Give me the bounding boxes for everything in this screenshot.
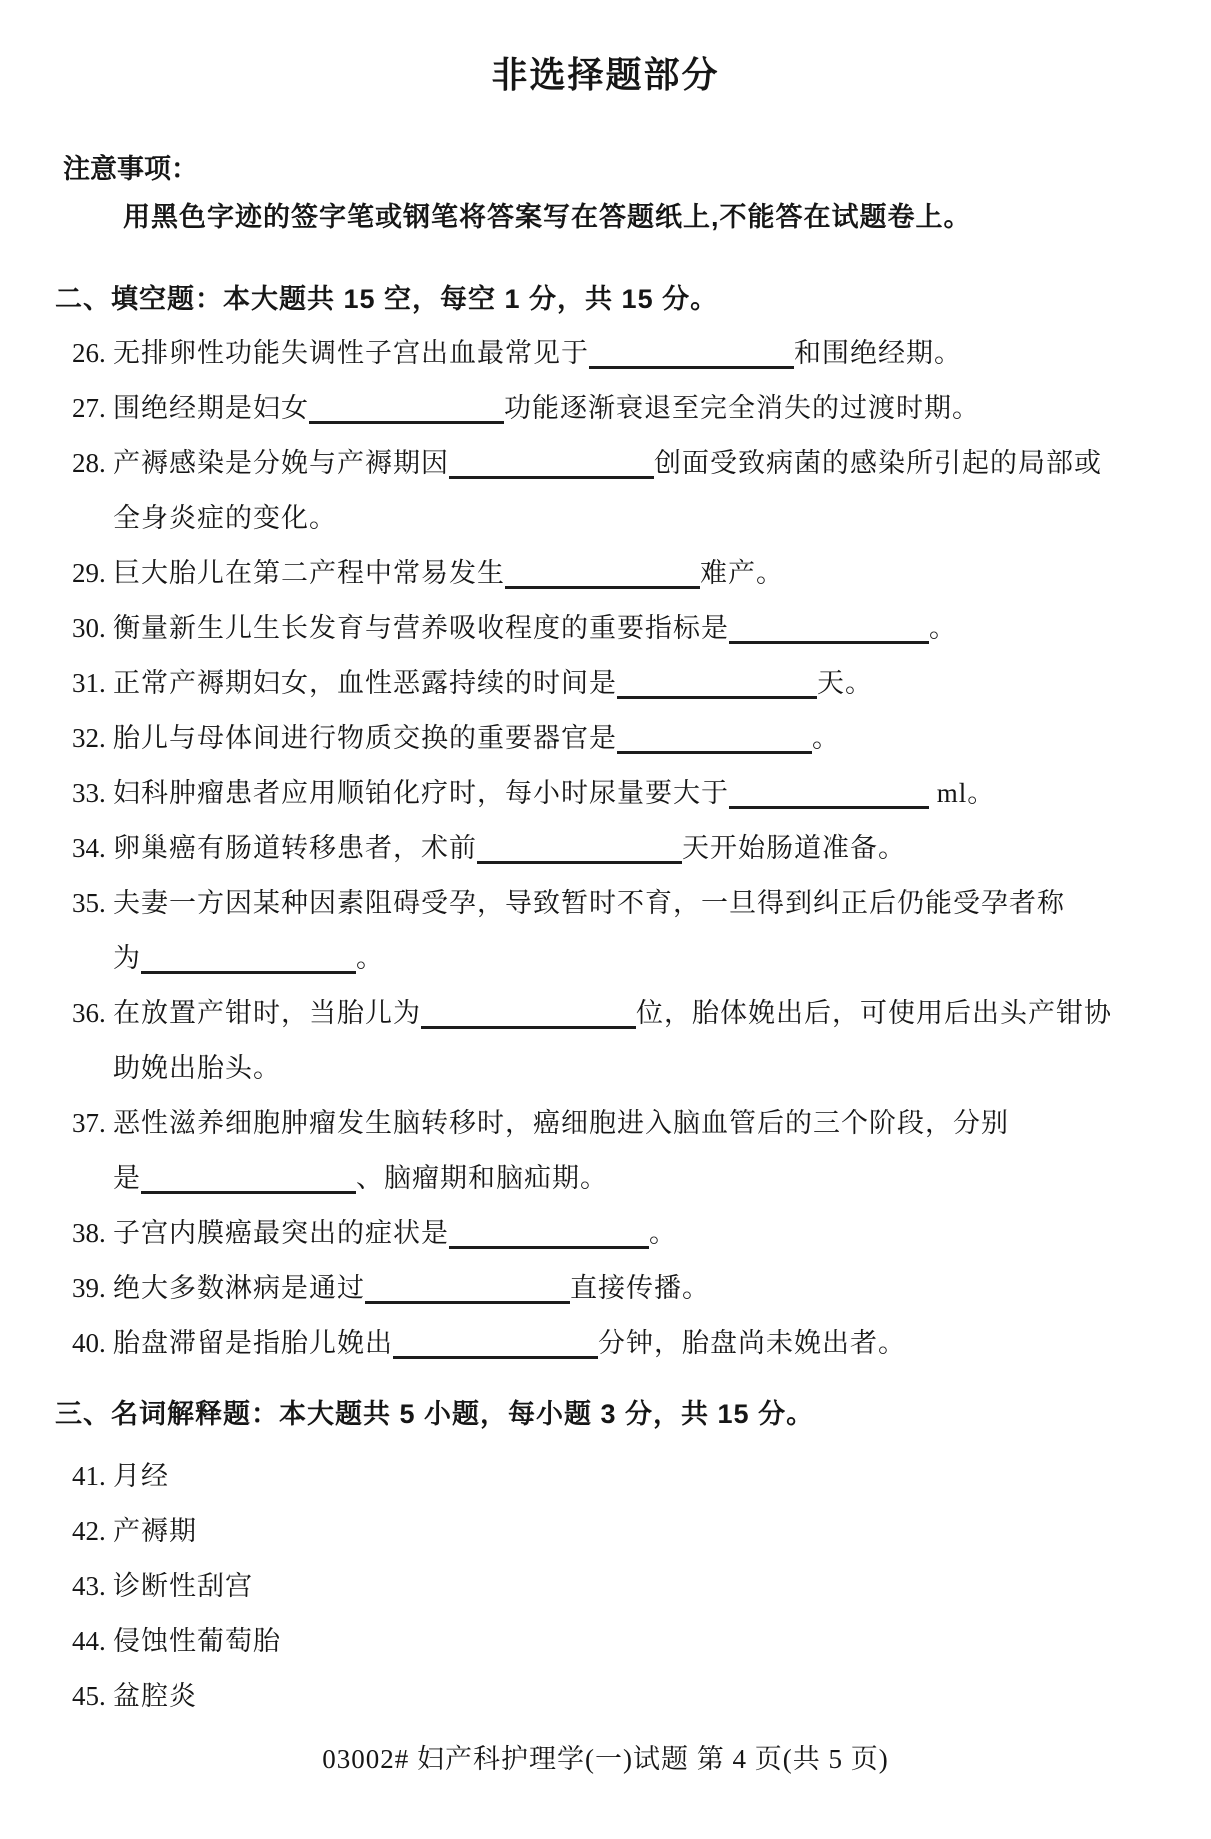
question-line: 绝大多数淋病是通过直接传播。 bbox=[113, 1261, 1211, 1316]
question-number: 28. bbox=[72, 436, 113, 546]
question-row: 28.产褥感染是分娩与产褥期因创面受致病菌的感染所引起的局部或全身炎症的变化。 bbox=[0, 436, 1211, 546]
question-text: 天。 bbox=[817, 668, 873, 698]
question-number: 41. bbox=[72, 1449, 113, 1504]
answer-blank bbox=[141, 931, 356, 974]
question-body: 子宫内膜癌最突出的症状是。 bbox=[113, 1206, 1211, 1261]
question-row: 30.衡量新生儿生长发育与营养吸收程度的重要指标是。 bbox=[0, 601, 1211, 656]
question-row: 29.巨大胎儿在第二产程中常易发生难产。 bbox=[0, 546, 1211, 601]
question-body: 胎儿与母体间进行物质交换的重要器官是。 bbox=[113, 711, 1211, 766]
question-text: 恶性滋养细胞肿瘤发生脑转移时，癌细胞进入脑血管后的三个阶段，分别 bbox=[113, 1108, 1009, 1138]
section-term-definitions: 三、名词解释题：本大题共 5 小题，每小题 3 分，共 15 分。41.月经42… bbox=[0, 1387, 1211, 1724]
question-line: 是、脑瘤期和脑疝期。 bbox=[113, 1151, 1211, 1206]
question-line: 衡量新生儿生长发育与营养吸收程度的重要指标是。 bbox=[113, 601, 1211, 656]
answer-blank bbox=[505, 546, 700, 589]
question-row: 34.卵巢癌有肠道转移患者，术前天开始肠道准备。 bbox=[0, 821, 1211, 876]
question-number: 42. bbox=[72, 1504, 113, 1559]
question-text: 盆腔炎 bbox=[113, 1681, 197, 1711]
question-row: 44.侵蚀性葡萄胎 bbox=[0, 1614, 1211, 1669]
notice-block: 注意事项： 用黑色字迹的签字笔或钢笔将答案写在答题纸上,不能答在试题卷上。 bbox=[0, 148, 1211, 244]
answer-blank bbox=[589, 326, 794, 369]
answer-blank bbox=[393, 1316, 598, 1359]
question-number: 26. bbox=[72, 326, 113, 381]
question-number: 38. bbox=[72, 1206, 113, 1261]
question-body: 衡量新生儿生长发育与营养吸收程度的重要指标是。 bbox=[113, 601, 1211, 656]
question-number: 39. bbox=[72, 1261, 113, 1316]
question-body: 侵蚀性葡萄胎 bbox=[113, 1614, 1211, 1669]
question-text: 卵巢癌有肠道转移患者，术前 bbox=[113, 833, 477, 863]
question-number: 43. bbox=[72, 1559, 113, 1614]
question-text: 。 bbox=[356, 943, 384, 973]
question-text: 子宫内膜癌最突出的症状是 bbox=[113, 1218, 449, 1248]
question-text: 产褥感染是分娩与产褥期因 bbox=[113, 448, 449, 478]
question-text: 巨大胎儿在第二产程中常易发生 bbox=[113, 558, 505, 588]
question-text: 无排卵性功能失调性子宫出血最常见于 bbox=[113, 338, 589, 368]
question-body: 产褥感染是分娩与产褥期因创面受致病菌的感染所引起的局部或全身炎症的变化。 bbox=[113, 436, 1211, 546]
question-row: 38.子宫内膜癌最突出的症状是。 bbox=[0, 1206, 1211, 1261]
question-text: 在放置产钳时，当胎儿为 bbox=[113, 998, 421, 1028]
question-row: 45.盆腔炎 bbox=[0, 1669, 1211, 1724]
question-line: 妇科肿瘤患者应用顺铂化疗时，每小时尿量要大于 ml。 bbox=[113, 766, 1211, 821]
question-line: 胎儿与母体间进行物质交换的重要器官是。 bbox=[113, 711, 1211, 766]
question-text: 胎儿与母体间进行物质交换的重要器官是 bbox=[113, 723, 617, 753]
sections-container: 二、填空题：本大题共 15 空，每空 1 分，共 15 分。26.无排卵性功能失… bbox=[0, 272, 1211, 1724]
question-body: 夫妻一方因某种因素阻碍受孕，导致暂时不育，一旦得到纠正后仍能受孕者称为。 bbox=[113, 876, 1211, 986]
question-line: 在放置产钳时，当胎儿为位，胎体娩出后，可使用后出头产钳协 bbox=[113, 986, 1211, 1041]
answer-blank bbox=[477, 821, 682, 864]
question-row: 32.胎儿与母体间进行物质交换的重要器官是。 bbox=[0, 711, 1211, 766]
question-list: 26.无排卵性功能失调性子宫出血最常见于和围绝经期。27.围绝经期是妇女功能逐渐… bbox=[0, 326, 1211, 1371]
question-text: 位，胎体娩出后，可使用后出头产钳协 bbox=[636, 998, 1112, 1028]
question-line: 无排卵性功能失调性子宫出血最常见于和围绝经期。 bbox=[113, 326, 1211, 381]
question-line: 产褥期 bbox=[113, 1504, 1211, 1559]
question-number: 27. bbox=[72, 381, 113, 436]
question-text: 胎盘滞留是指胎儿娩出 bbox=[113, 1328, 393, 1358]
question-text: 产褥期 bbox=[113, 1516, 197, 1546]
question-line: 侵蚀性葡萄胎 bbox=[113, 1614, 1211, 1669]
question-body: 巨大胎儿在第二产程中常易发生难产。 bbox=[113, 546, 1211, 601]
question-number: 40. bbox=[72, 1316, 113, 1371]
question-body: 妇科肿瘤患者应用顺铂化疗时，每小时尿量要大于 ml。 bbox=[113, 766, 1211, 821]
question-body: 卵巢癌有肠道转移患者，术前天开始肠道准备。 bbox=[113, 821, 1211, 876]
question-text: 围绝经期是妇女 bbox=[113, 393, 309, 423]
question-number: 34. bbox=[72, 821, 113, 876]
question-text: 绝大多数淋病是通过 bbox=[113, 1273, 365, 1303]
question-number: 31. bbox=[72, 656, 113, 711]
question-text: 创面受致病菌的感染所引起的局部或 bbox=[654, 448, 1102, 478]
question-line: 夫妻一方因某种因素阻碍受孕，导致暂时不育，一旦得到纠正后仍能受孕者称 bbox=[113, 876, 1211, 931]
question-row: 41.月经 bbox=[0, 1449, 1211, 1504]
question-line: 为。 bbox=[113, 931, 1211, 986]
question-line: 产褥感染是分娩与产褥期因创面受致病菌的感染所引起的局部或 bbox=[113, 436, 1211, 491]
question-text: 难产。 bbox=[700, 558, 784, 588]
answer-blank bbox=[365, 1261, 570, 1304]
question-line: 巨大胎儿在第二产程中常易发生难产。 bbox=[113, 546, 1211, 601]
question-line: 胎盘滞留是指胎儿娩出分钟，胎盘尚未娩出者。 bbox=[113, 1316, 1211, 1371]
question-body: 围绝经期是妇女功能逐渐衰退至完全消失的过渡时期。 bbox=[113, 381, 1211, 436]
question-row: 27.围绝经期是妇女功能逐渐衰退至完全消失的过渡时期。 bbox=[0, 381, 1211, 436]
question-line: 子宫内膜癌最突出的症状是。 bbox=[113, 1206, 1211, 1261]
question-line: 全身炎症的变化。 bbox=[113, 491, 1211, 546]
question-line: 盆腔炎 bbox=[113, 1669, 1211, 1724]
question-row: 37.恶性滋养细胞肿瘤发生脑转移时，癌细胞进入脑血管后的三个阶段，分别是、脑瘤期… bbox=[0, 1096, 1211, 1206]
question-row: 36.在放置产钳时，当胎儿为位，胎体娩出后，可使用后出头产钳协助娩出胎头。 bbox=[0, 986, 1211, 1096]
section-fill-in-the-blank: 二、填空题：本大题共 15 空，每空 1 分，共 15 分。26.无排卵性功能失… bbox=[0, 272, 1211, 1371]
answer-blank bbox=[141, 1151, 356, 1194]
question-text: 直接传播。 bbox=[570, 1273, 710, 1303]
question-row: 33.妇科肿瘤患者应用顺铂化疗时，每小时尿量要大于 ml。 bbox=[0, 766, 1211, 821]
question-body: 产褥期 bbox=[113, 1504, 1211, 1559]
question-list: 41.月经42.产褥期43.诊断性刮宫44.侵蚀性葡萄胎45.盆腔炎 bbox=[0, 1449, 1211, 1724]
question-text: 全身炎症的变化。 bbox=[113, 503, 337, 533]
question-row: 26.无排卵性功能失调性子宫出血最常见于和围绝经期。 bbox=[0, 326, 1211, 381]
question-row: 31.正常产褥期妇女，血性恶露持续的时间是天。 bbox=[0, 656, 1211, 711]
question-line: 围绝经期是妇女功能逐渐衰退至完全消失的过渡时期。 bbox=[113, 381, 1211, 436]
answer-blank bbox=[421, 986, 636, 1029]
answer-blank bbox=[309, 381, 504, 424]
question-row: 42.产褥期 bbox=[0, 1504, 1211, 1559]
question-text: 、脑瘤期和脑疝期。 bbox=[356, 1163, 608, 1193]
question-number: 30. bbox=[72, 601, 113, 656]
question-text: 分钟，胎盘尚未娩出者。 bbox=[598, 1328, 906, 1358]
question-body: 月经 bbox=[113, 1449, 1211, 1504]
question-line: 月经 bbox=[113, 1449, 1211, 1504]
question-text: 侵蚀性葡萄胎 bbox=[113, 1626, 281, 1656]
question-number: 37. bbox=[72, 1096, 113, 1206]
question-body: 盆腔炎 bbox=[113, 1669, 1211, 1724]
answer-blank bbox=[449, 1206, 649, 1249]
question-body: 正常产褥期妇女，血性恶露持续的时间是天。 bbox=[113, 656, 1211, 711]
question-line: 助娩出胎头。 bbox=[113, 1041, 1211, 1096]
question-row: 40.胎盘滞留是指胎儿娩出分钟，胎盘尚未娩出者。 bbox=[0, 1316, 1211, 1371]
question-text: 正常产褥期妇女，血性恶露持续的时间是 bbox=[113, 668, 617, 698]
question-number: 32. bbox=[72, 711, 113, 766]
question-row: 43.诊断性刮宫 bbox=[0, 1559, 1211, 1614]
question-text: 助娩出胎头。 bbox=[113, 1053, 281, 1083]
section-heading: 三、名词解释题：本大题共 5 小题，每小题 3 分，共 15 分。 bbox=[0, 1387, 1211, 1441]
question-body: 诊断性刮宫 bbox=[113, 1559, 1211, 1614]
question-line: 正常产褥期妇女，血性恶露持续的时间是天。 bbox=[113, 656, 1211, 711]
question-text: ml。 bbox=[929, 778, 995, 808]
answer-blank bbox=[617, 711, 812, 754]
question-number: 44. bbox=[72, 1614, 113, 1669]
question-text: 夫妻一方因某种因素阻碍受孕，导致暂时不育，一旦得到纠正后仍能受孕者称 bbox=[113, 888, 1065, 918]
answer-blank bbox=[729, 766, 929, 809]
question-body: 无排卵性功能失调性子宫出血最常见于和围绝经期。 bbox=[113, 326, 1211, 381]
question-text: 是 bbox=[113, 1163, 141, 1193]
question-text: 诊断性刮宫 bbox=[113, 1571, 253, 1601]
question-body: 恶性滋养细胞肿瘤发生脑转移时，癌细胞进入脑血管后的三个阶段，分别是、脑瘤期和脑疝… bbox=[113, 1096, 1211, 1206]
answer-blank bbox=[729, 601, 929, 644]
section-heading: 二、填空题：本大题共 15 空，每空 1 分，共 15 分。 bbox=[0, 272, 1211, 326]
question-text: 妇科肿瘤患者应用顺铂化疗时，每小时尿量要大于 bbox=[113, 778, 729, 808]
question-text: 天开始肠道准备。 bbox=[682, 833, 906, 863]
question-text: 。 bbox=[649, 1218, 677, 1248]
question-number: 45. bbox=[72, 1669, 113, 1724]
question-text: 。 bbox=[929, 613, 957, 643]
question-number: 33. bbox=[72, 766, 113, 821]
question-line: 卵巢癌有肠道转移患者，术前天开始肠道准备。 bbox=[113, 821, 1211, 876]
question-text: 为 bbox=[113, 943, 141, 973]
page-title: 非选择题部分 bbox=[0, 52, 1211, 98]
question-row: 35.夫妻一方因某种因素阻碍受孕，导致暂时不育，一旦得到纠正后仍能受孕者称为。 bbox=[0, 876, 1211, 986]
question-line: 恶性滋养细胞肿瘤发生脑转移时，癌细胞进入脑血管后的三个阶段，分别 bbox=[113, 1096, 1211, 1151]
answer-blank bbox=[449, 436, 654, 479]
page-footer: 03002# 妇产科护理学(一)试题 第 4 页(共 5 页) bbox=[0, 1742, 1211, 1776]
answer-blank bbox=[617, 656, 817, 699]
question-body: 绝大多数淋病是通过直接传播。 bbox=[113, 1261, 1211, 1316]
question-text: 。 bbox=[812, 723, 840, 753]
question-body: 胎盘滞留是指胎儿娩出分钟，胎盘尚未娩出者。 bbox=[113, 1316, 1211, 1371]
question-text: 衡量新生儿生长发育与营养吸收程度的重要指标是 bbox=[113, 613, 729, 643]
question-text: 月经 bbox=[113, 1461, 169, 1491]
question-line: 诊断性刮宫 bbox=[113, 1559, 1211, 1614]
exam-page: 非选择题部分 注意事项： 用黑色字迹的签字笔或钢笔将答案写在答题纸上,不能答在试… bbox=[0, 52, 1211, 1839]
question-number: 35. bbox=[72, 876, 113, 986]
question-text: 和围绝经期。 bbox=[794, 338, 962, 368]
question-text: 功能逐渐衰退至完全消失的过渡时期。 bbox=[504, 393, 980, 423]
question-number: 36. bbox=[72, 986, 113, 1096]
notice-text: 用黑色字迹的签字笔或钢笔将答案写在答题纸上,不能答在试题卷上。 bbox=[63, 190, 1211, 244]
question-body: 在放置产钳时，当胎儿为位，胎体娩出后，可使用后出头产钳协助娩出胎头。 bbox=[113, 986, 1211, 1096]
notice-label: 注意事项： bbox=[63, 148, 1211, 190]
question-row: 39.绝大多数淋病是通过直接传播。 bbox=[0, 1261, 1211, 1316]
question-number: 29. bbox=[72, 546, 113, 601]
